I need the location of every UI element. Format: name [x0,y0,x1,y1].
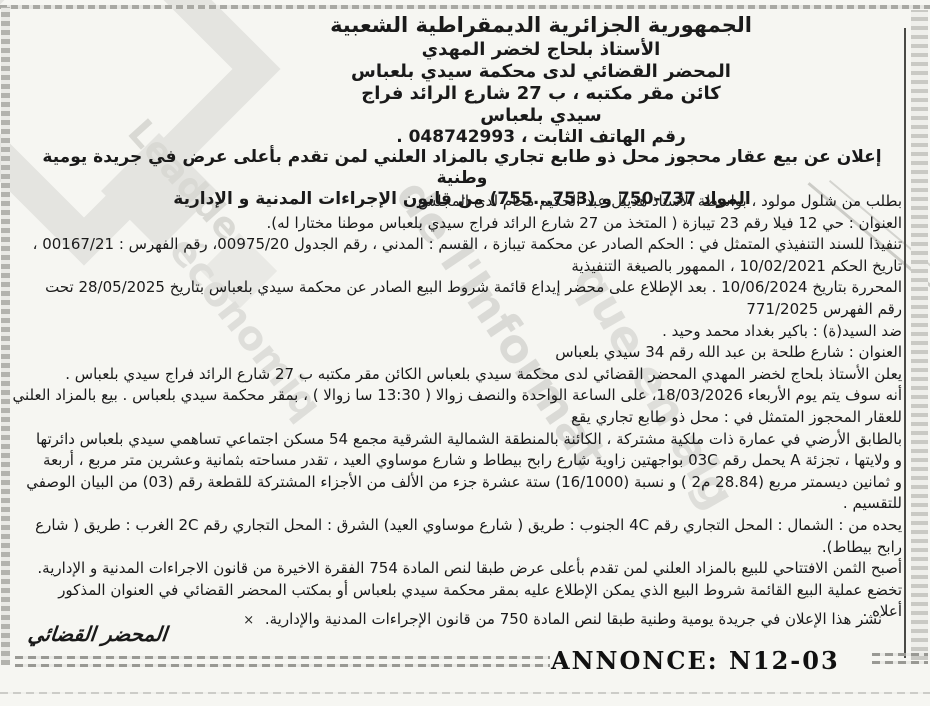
phone-number-line: رقم الهاتف الثابت ، 048742993 . [180,127,902,147]
scan-border-top [0,5,930,9]
body-line-judgment-date: تاريخ الحكم 10/02/2021 ، الممهور بالصيغة… [25,256,902,278]
scan-border-left [1,7,10,665]
body-line-requester-address: العنوان : حي 12 فيلا رقم 23 تيبازة ( الم… [25,213,902,235]
body-line-boundaries-end: رابح بيطاط). [25,537,902,559]
body-line-defendant: ضد السيد(ة) : باكير بغداد محمد وحيد . [25,321,902,343]
body-line-conditions: تخضع عملية البيع القائمة شروط البيع الذي… [25,580,902,602]
letterhead: الجمهورية الجزائرية الديمقراطية الشعبية … [180,12,902,147]
bailiff-name: الأستاذ بلحاج لخضر المهدي [180,39,902,61]
bailiff-function: المحضر القضائي لدى محكمة سيدي بلعباس [180,61,902,83]
body-line-index-number: رقم الفهرس 771/2025 [25,299,902,321]
body-line-requester: بطلب من شلول مولود ، بواسطة الأستاذ هديب… [25,191,902,213]
separator-line-right [872,653,928,656]
separator-line [15,656,550,659]
body-line-boundaries: يحده من : الشمال : المحل التجاري رقم 4C … [25,515,902,537]
body-line-judgment: تنفيذا للسند التنفيذي المتمثل في : الحكم… [25,234,902,256]
body-line-bailiff-announces: يعلن الأستاذ بلحاج لخضر المهدي المحضر ال… [25,364,902,386]
announcement-body: بطلب من شلول مولود ، بواسطة الأستاذ هديب… [25,191,902,623]
separator-line [15,664,550,667]
bailiff-signature: المحضر القضائي [27,622,168,646]
title-line-sale: إعلان عن بيع عقار محجوز محل ذو طابع تجار… [22,147,902,189]
office-address: كائن مقر مكتبه ، ب 27 شارع الرائد فراج [180,83,902,105]
footnote-text: نشر هذا الإعلان في جريدة يومية وطنية طبق… [265,610,882,628]
body-line-property-type: للعقار المحجوز المتمثل في : محل ذو طابع … [25,407,902,429]
republic-title: الجمهورية الجزائرية الديمقراطية الشعبية [180,12,902,39]
body-line-deposit-report: المحررة بتاريخ 10/06/2024 . بعد الإطلاع … [25,277,902,299]
scan-border-right [904,28,906,658]
separator-line-right [872,661,928,664]
body-line-division: للتقسيم . [25,493,902,515]
body-line-auction-datetime: أنه سوف يتم يوم الأربعاء 18/03/2026، على… [25,385,902,407]
scanned-legal-notice-page: Leadde économiq de l'Informat que en alg… [0,0,930,706]
scan-border-right-texture [911,10,928,660]
body-line-property-lot: و ولايتها ، تجزئة A يحمل رقم 03C بواجهتي… [25,450,902,472]
footnote-x-mark: × [243,613,254,628]
body-line-property-area: و ثمانين ديسمتر مربع (28.84 م2 ) و نسبة … [25,472,902,494]
office-city: سيدي بلعباس [180,105,902,127]
scan-bottom-artifact [0,692,930,694]
body-line-defendant-address: العنوان : شارع طلحة بن عبد الله رقم 34 س… [25,342,902,364]
body-line-opening-price: أصبح الثمن الافتتاحي للبيع بالمزاد العلن… [25,558,902,580]
body-line-property-location: بالطابق الأرضي في عمارة ذات ملكية مشتركة… [25,429,902,451]
annonce-reference: ANNONCE: N12-03 [551,646,840,675]
